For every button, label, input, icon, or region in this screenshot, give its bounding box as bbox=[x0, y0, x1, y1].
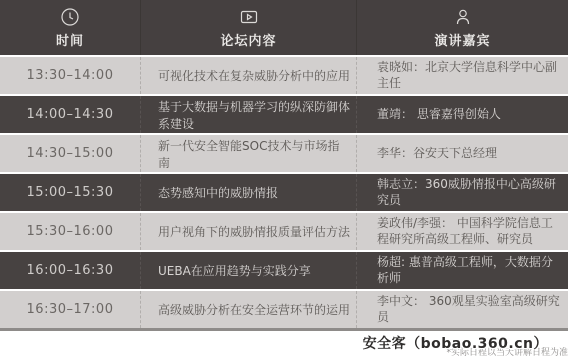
topic-cell: 新一代安全智能SOC技术与市场指南 bbox=[140, 135, 356, 172]
header-content-column: 论坛内容 bbox=[140, 0, 356, 55]
topic-cell: 态势感知中的威胁情报 bbox=[140, 174, 356, 211]
speaker-cell: 韩志立：360威胁情报中心高级研究员 bbox=[356, 174, 568, 211]
anquanke-watermark: 安全客（bobao.360.cn） bbox=[363, 333, 548, 353]
time-cell: 16:30–17:00 bbox=[0, 291, 140, 328]
header-content-label: 论坛内容 bbox=[220, 30, 276, 49]
time-cell: 14:30–15:00 bbox=[0, 135, 140, 172]
header-time-column: 时间 bbox=[0, 0, 140, 55]
conference-agenda-table: 时间 论坛内容 演讲嘉宾 13:30–14:00 可视化技术在复杂威胁分析中的应 bbox=[0, 0, 568, 360]
speaker-cell: 姜政伟/李强： 中国科学院信息工程研究所高级工程师、研究员 bbox=[356, 213, 568, 250]
clock-icon bbox=[60, 7, 80, 27]
speaker-cell: 杨超: 惠普高级工程师，大数据分析师 bbox=[356, 252, 568, 289]
speaker-cell: 袁晓如：北京大学信息科学中心副主任 bbox=[356, 57, 568, 94]
topic-cell: 可视化技术在复杂威胁分析中的应用 bbox=[140, 57, 356, 94]
table-row: 14:00–14:30 基于大数据与机器学习的纵深防御体系建设 董靖： 思睿嘉得… bbox=[0, 96, 568, 133]
table-row: 16:00–16:30 UEBA在应用趋势与实践分享 杨超: 惠普高级工程师，大… bbox=[0, 252, 568, 289]
header-time-label: 时间 bbox=[56, 30, 84, 49]
video-icon bbox=[239, 7, 259, 27]
header-speaker-label: 演讲嘉宾 bbox=[434, 30, 490, 49]
speaker-cell: 董靖： 思睿嘉得创始人 bbox=[356, 96, 568, 133]
speaker-cell: 李华：谷安天下总经理 bbox=[356, 135, 568, 172]
table-row: 14:30–15:00 新一代安全智能SOC技术与市场指南 李华：谷安天下总经理 bbox=[0, 135, 568, 172]
table-row: 13:30–14:00 可视化技术在复杂威胁分析中的应用 袁晓如：北京大学信息科… bbox=[0, 57, 568, 94]
time-cell: 16:00–16:30 bbox=[0, 252, 140, 289]
time-cell: 15:30–16:00 bbox=[0, 213, 140, 250]
topic-cell: UEBA在应用趋势与实践分享 bbox=[140, 252, 356, 289]
header-speaker-column: 演讲嘉宾 bbox=[356, 0, 568, 55]
table-row: 16:30–17:00 高级威胁分析在安全运营环节的运用 李中文： 360观星实… bbox=[0, 291, 568, 328]
time-cell: 14:00–14:30 bbox=[0, 96, 140, 133]
topic-cell: 用户视角下的威胁情报质量评估方法 bbox=[140, 213, 356, 250]
time-cell: 13:30–14:00 bbox=[0, 57, 140, 94]
table-row: 15:00–15:30 态势感知中的威胁情报 韩志立：360威胁情报中心高级研究… bbox=[0, 174, 568, 211]
table-row: 15:30–16:00 用户视角下的威胁情报质量评估方法 姜政伟/李强： 中国科… bbox=[0, 213, 568, 250]
topic-cell: 基于大数据与机器学习的纵深防御体系建设 bbox=[140, 96, 356, 133]
table-header: 时间 论坛内容 演讲嘉宾 bbox=[0, 0, 568, 55]
person-icon bbox=[453, 7, 473, 27]
schedule-rows: 13:30–14:00 可视化技术在复杂威胁分析中的应用 袁晓如：北京大学信息科… bbox=[0, 57, 568, 328]
footer: *实际日程以当天讲解日程为准 安全客（bobao.360.cn） bbox=[0, 331, 568, 360]
time-cell: 15:00–15:30 bbox=[0, 174, 140, 211]
topic-cell: 高级威胁分析在安全运营环节的运用 bbox=[140, 291, 356, 328]
speaker-cell: 李中文： 360观星实验室高级研究员 bbox=[356, 291, 568, 328]
